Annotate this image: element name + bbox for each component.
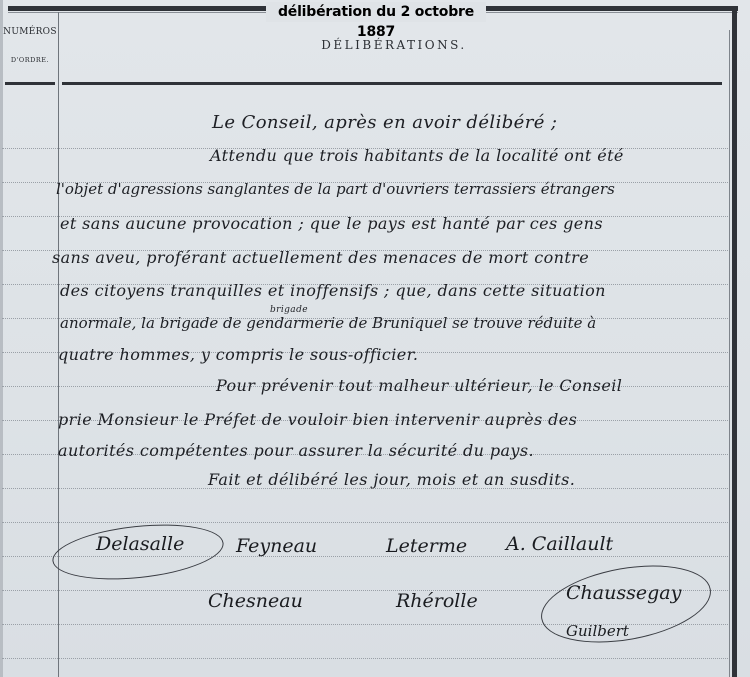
header-rule-main bbox=[62, 82, 722, 85]
body-line: Pour prévenir tout malheur ultérieur, le… bbox=[216, 376, 622, 395]
body-line: autorités compétentes pour assurer la sé… bbox=[58, 441, 534, 460]
body-line-opening: Le Conseil, après en avoir délibéré ; bbox=[212, 112, 557, 133]
caption-banner: délibération du 2 octobre 1887 bbox=[266, 2, 486, 22]
body-line: et sans aucune provocation ; que le pays… bbox=[60, 214, 603, 233]
body-line: anormale, la brigade de gendarmerie de B… bbox=[60, 314, 596, 332]
register-page: délibération du 2 octobre 1887 NUMÉROS D… bbox=[0, 0, 750, 677]
signature-chaussegay: Chaussegay bbox=[566, 582, 681, 604]
body-line: Attendu que trois habitants de la locali… bbox=[210, 146, 624, 165]
body-line: sans aveu, proférant actuellement des me… bbox=[52, 248, 589, 267]
order-number-column-header: NUMÉROS bbox=[2, 27, 58, 37]
ruled-line bbox=[2, 522, 728, 523]
signature-leterme: Leterme bbox=[386, 535, 467, 557]
page-edge bbox=[0, 0, 3, 677]
signature-guilbert: Guilbert bbox=[566, 622, 629, 640]
signature-chesneau: Chesneau bbox=[208, 590, 303, 612]
order-number-column-subheader: D'ORDRE. bbox=[2, 56, 58, 64]
body-line: prie Monsieur le Préfet de vouloir bien … bbox=[58, 410, 577, 429]
header-rule-left bbox=[5, 82, 55, 85]
body-line: quatre hommes, y compris le sous-officie… bbox=[58, 345, 418, 364]
signature-caillault: A. Caillault bbox=[506, 533, 613, 555]
page-title: DÉLIBÉRATIONS. bbox=[59, 38, 729, 52]
signature-rherolle: Rhérolle bbox=[396, 590, 478, 612]
right-thin-border bbox=[729, 30, 730, 677]
ruled-line bbox=[2, 658, 728, 659]
body-line: l'objet d'agressions sanglantes de la pa… bbox=[56, 180, 615, 198]
signature-feyneau: Feyneau bbox=[236, 535, 317, 557]
right-heavy-border bbox=[732, 8, 737, 677]
body-line: des citoyens tranquilles et inoffensifs … bbox=[60, 281, 606, 300]
signature-delasalle: Delasalle bbox=[96, 533, 184, 555]
body-line-closing: Fait et délibéré les jour, mois et an su… bbox=[208, 470, 575, 489]
